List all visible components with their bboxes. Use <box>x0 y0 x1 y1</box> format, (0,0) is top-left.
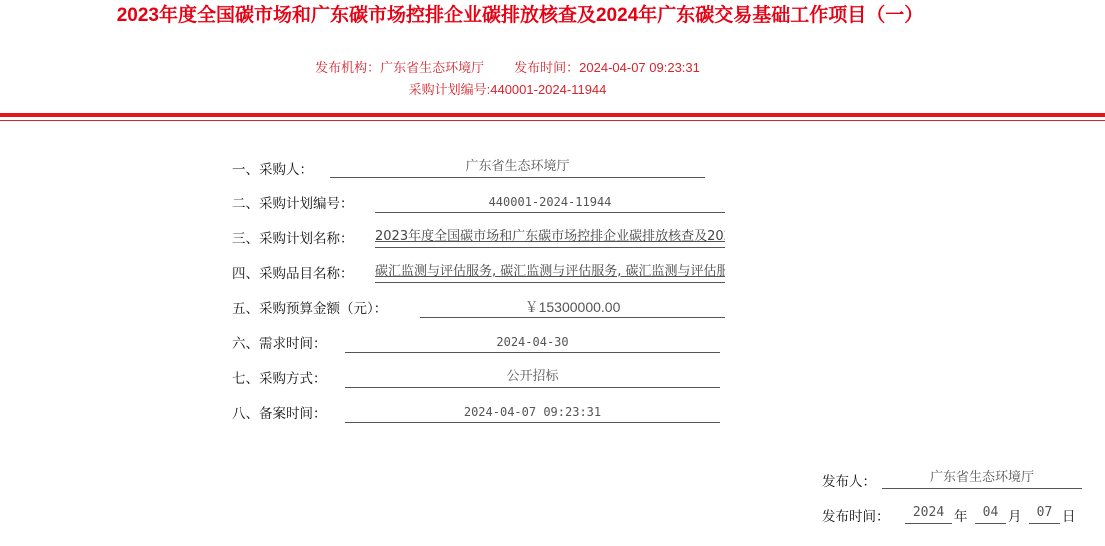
plan-number-field: 440001-2024-11944 <box>375 192 725 213</box>
form-row-plan-name: 三、采购计划名称： <box>232 227 354 249</box>
item-name-label: 四、采购品目名称： <box>232 264 354 284</box>
form-row-demand-time: 六、需求时间： <box>232 332 327 354</box>
footer-day-unit: 日 <box>1062 505 1076 525</box>
form-row-item-name: 四、采购品目名称： <box>232 262 354 284</box>
publisher-value: 广东省生态环境厅 <box>380 60 484 75</box>
footer-year-field: 2024 <box>905 503 952 524</box>
form-row-budget: 五、采购预算金额（元）： <box>232 297 387 319</box>
footer-publisher-field: 广东省生态环境厅 <box>882 468 1082 489</box>
footer-day-field: 07 <box>1029 503 1060 524</box>
filing-time-label: 八、备案时间： <box>232 404 327 424</box>
demand-time-label: 六、需求时间： <box>232 334 327 354</box>
plan-number-meta: 采购计划编号:440001-2024-11944 <box>0 81 1015 99</box>
plan-number-label: 二、采购计划编号： <box>232 194 354 214</box>
purchaser-label: 一、采购人： <box>232 160 313 180</box>
header-divider-thick <box>0 113 1105 117</box>
footer-publisher-label: 发布人： <box>822 470 876 490</box>
plan-number-value: 440001-2024-11944 <box>490 82 606 97</box>
budget-label: 五、采购预算金额（元）： <box>232 299 387 319</box>
publish-time-value: 2024-04-07 09:23:31 <box>579 60 700 75</box>
footer-month-field: 04 <box>975 503 1006 524</box>
method-label: 七、采购方式： <box>232 369 327 389</box>
footer-month-unit: 月 <box>1008 505 1022 525</box>
footer-date-label: 发布时间： <box>822 505 890 525</box>
plan-number-label: 采购计划编号: <box>409 82 491 97</box>
form-row-purchaser: 一、采购人： <box>232 158 313 180</box>
footer-year-unit: 年 <box>954 505 968 525</box>
form-row-method: 七、采购方式： <box>232 367 327 389</box>
plan-name-label: 三、采购计划名称： <box>232 229 354 249</box>
publish-meta: 发布机构：广东省生态环境厅发布时间：2024-04-07 09:23:31 <box>0 59 1015 77</box>
item-name-field: 碳汇监测与评估服务, 碳汇监测与评估服务, 碳汇监测与评估服务 <box>375 262 725 283</box>
demand-time-field: 2024-04-30 <box>345 332 720 353</box>
method-field: 公开招标 <box>345 367 720 388</box>
plan-name-field: 2023年度全国碳市场和广东碳市场控排企业碳排放核查及2024年广东碳交易基础工… <box>375 227 725 248</box>
budget-field: ￥15300000.00 <box>420 297 725 318</box>
page-title: 2023年度全国碳市场和广东碳市场控排企业碳排放核查及2024年广东碳交易基础工… <box>0 4 1040 28</box>
publisher-label: 发布机构： <box>315 60 380 75</box>
filing-time-field: 2024-04-07 09:23:31 <box>345 402 720 423</box>
form-row-plan-number: 二、采购计划编号： <box>232 192 354 214</box>
publish-time-label: 发布时间： <box>514 60 579 75</box>
header-divider-thin <box>0 120 1105 121</box>
form-row-filing-time: 八、备案时间： <box>232 402 327 424</box>
purchaser-field: 广东省生态环境厅 <box>330 157 705 178</box>
